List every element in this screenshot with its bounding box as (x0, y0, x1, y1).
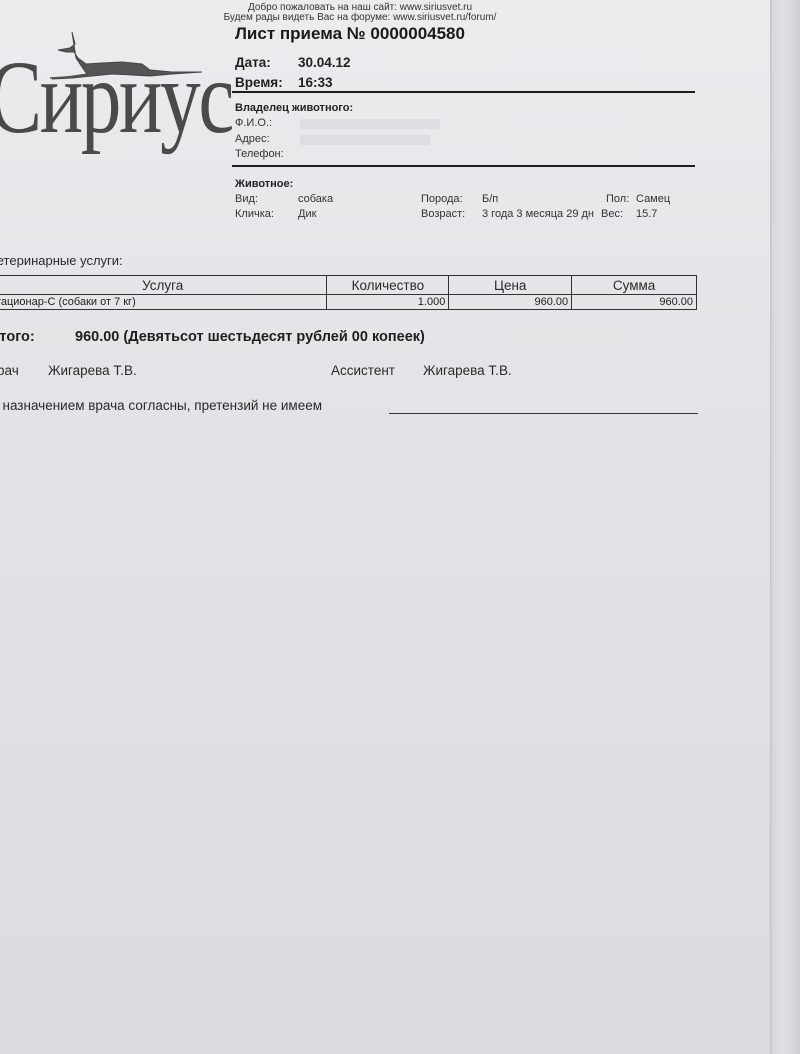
species-value: собака (298, 193, 333, 205)
sex-label: Пол: (606, 193, 629, 205)
owner-section-label: Владелец животного: (235, 102, 353, 114)
sex-value: Самец (636, 193, 670, 205)
owner-name-label: Ф.И.О.: (235, 117, 272, 129)
owner-name-redacted (300, 119, 440, 129)
animal-section-label: Животное: (235, 178, 293, 190)
doctor-label: Врач (0, 363, 19, 378)
weight-value: 15.7 (636, 208, 657, 220)
owner-phone-label: Телефон: (235, 148, 284, 160)
welcome-text-forum: Будем рады видеть Вас на форуме: www.sir… (190, 12, 530, 23)
assistant-label: Ассистент (331, 363, 395, 378)
column-header-service: Услуга (0, 276, 327, 295)
cell-price: 960.00 (449, 295, 572, 310)
owner-address-label: Адрес: (235, 133, 270, 145)
document-title: Лист приема № 0000004580 (235, 24, 465, 44)
owner-address-redacted (300, 135, 430, 145)
consent-text: С назначением врача согласны, претензий … (0, 398, 322, 413)
date-label: Дата: (235, 55, 271, 70)
cell-service: Стационар-С (собаки от 7 кг) (0, 295, 327, 310)
column-header-quantity: Количество (327, 276, 449, 295)
cell-sum: 960.00 (572, 295, 697, 310)
breed-value: Б/п (482, 193, 498, 205)
signature-line (389, 413, 698, 414)
column-header-sum: Сумма (572, 276, 697, 295)
scanned-page: Добро пожаловать на наш сайт: www.sirius… (0, 0, 770, 1054)
divider (232, 165, 695, 167)
services-table: Услуга Количество Цена Сумма Стационар-С… (0, 275, 697, 310)
weight-label: Вес: (601, 208, 623, 220)
table-header-row: Услуга Количество Цена Сумма (0, 276, 697, 295)
assistant-name: Жигарева Т.В. (423, 363, 512, 378)
age-value: 3 года 3 месяца 29 дн (482, 208, 594, 220)
services-section-label: ветеринарные услуги: (0, 253, 123, 268)
scanner-edge (770, 0, 800, 1054)
pet-name-label: Кличка: (235, 208, 274, 220)
date-value: 30.04.12 (298, 55, 351, 70)
pet-name-value: Дик (298, 208, 316, 220)
time-value: 16:33 (298, 75, 333, 90)
breed-label: Порода: (421, 193, 463, 205)
total-label: Итого: (0, 329, 35, 345)
doctor-name: Жигарева Т.В. (48, 363, 137, 378)
table-row: Стационар-С (собаки от 7 кг) 1.000 960.0… (0, 295, 697, 310)
time-label: Время: (235, 75, 283, 90)
age-label: Возраст: (421, 208, 465, 220)
total-value: 960.00 (Девятьсот шестьдесят рублей 00 к… (75, 329, 425, 345)
cell-quantity: 1.000 (327, 295, 449, 310)
logo-wordmark: Сириус (0, 46, 232, 150)
species-label: Вид: (235, 193, 258, 205)
column-header-price: Цена (449, 276, 572, 295)
divider (232, 91, 695, 93)
